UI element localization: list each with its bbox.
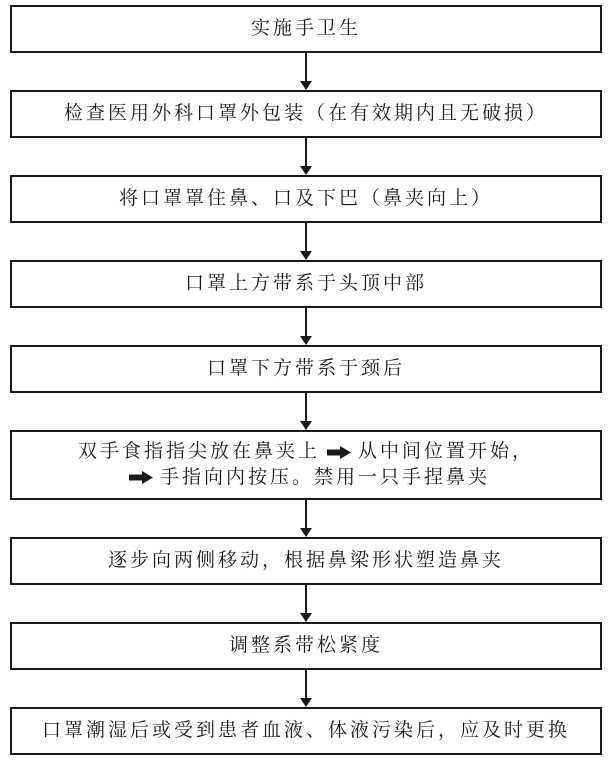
step-lower-tie-neck: 口罩下方带系于颈后 <box>10 345 602 393</box>
down-arrow-icon <box>10 308 602 345</box>
arrow-stem <box>305 393 307 421</box>
arrow-head <box>300 528 312 537</box>
step-replace-mask-when-contaminated: 口罩潮湿后或受到患者血液、体液污染后，应及时更换 <box>10 707 602 755</box>
arrow-head <box>300 421 312 430</box>
step-text: 检查医用外科口罩外包装（在有效期内且无破损） <box>64 101 548 127</box>
step-shape-nose-clip: 逐步向两侧移动，根据鼻梁形状塑造鼻夹 <box>10 537 602 585</box>
step-text: 实施手卫生 <box>251 16 361 42</box>
arrow-stem <box>305 500 307 528</box>
step-text: 口罩潮湿后或受到患者血液、体液污染后，应及时更换 <box>42 718 570 744</box>
arrow-stem <box>305 53 307 81</box>
arrow-stem <box>305 585 307 613</box>
arrow-head <box>300 698 312 707</box>
step-text: 口罩下方带系于颈后 <box>207 356 405 382</box>
step-text: 将口罩罩住鼻、口及下巴（鼻夹向上） <box>119 186 493 212</box>
arrow-head <box>300 613 312 622</box>
step-text-line-1: 双手食指指尖放在鼻夹上 从中间位置开始， <box>78 439 534 465</box>
down-arrow-icon <box>10 393 602 430</box>
down-arrow-icon <box>10 138 602 175</box>
arrow-stem <box>305 670 307 698</box>
arrow-stem <box>305 138 307 166</box>
down-arrow-icon <box>10 670 602 707</box>
step-text: 口罩上方带系于头顶中部 <box>185 271 427 297</box>
step-text: 手指向内按压。禁用一只手捏鼻夹 <box>160 465 490 491</box>
step-hand-hygiene: 实施手卫生 <box>10 5 602 53</box>
step-text-line-2: 手指向内按压。禁用一只手捏鼻夹 <box>122 465 490 491</box>
arrow-head <box>300 336 312 345</box>
arrow-head <box>300 251 312 260</box>
down-arrow-icon <box>10 585 602 622</box>
down-arrow-icon <box>10 500 602 537</box>
arrow-head <box>300 81 312 90</box>
step-check-packaging: 检查医用外科口罩外包装（在有效期内且无破损） <box>10 90 602 138</box>
step-press-nose-clip: 双手食指指尖放在鼻夹上 从中间位置开始， 手指向内按压。禁用一只手捏鼻夹 <box>10 430 602 500</box>
right-arrow-icon <box>129 471 153 484</box>
step-text: 逐步向两侧移动，根据鼻梁形状塑造鼻夹 <box>108 548 504 574</box>
step-text: 调整系带松紧度 <box>229 633 383 659</box>
arrow-stem <box>305 308 307 336</box>
right-arrow-icon <box>327 446 351 459</box>
step-cover-nose-mouth-chin: 将口罩罩住鼻、口及下巴（鼻夹向上） <box>10 175 602 223</box>
arrow-stem <box>305 223 307 251</box>
down-arrow-icon <box>10 223 602 260</box>
step-upper-tie-head: 口罩上方带系于头顶中部 <box>10 260 602 308</box>
step-text: 双手食指指尖放在鼻夹上 <box>78 439 320 465</box>
step-adjust-tightness: 调整系带松紧度 <box>10 622 602 670</box>
arrow-head <box>300 166 312 175</box>
down-arrow-icon <box>10 53 602 90</box>
flowchart: 实施手卫生 检查医用外科口罩外包装（在有效期内且无破损） 将口罩罩住鼻、口及下巴… <box>0 0 612 779</box>
step-text: 从中间位置开始， <box>358 439 534 465</box>
